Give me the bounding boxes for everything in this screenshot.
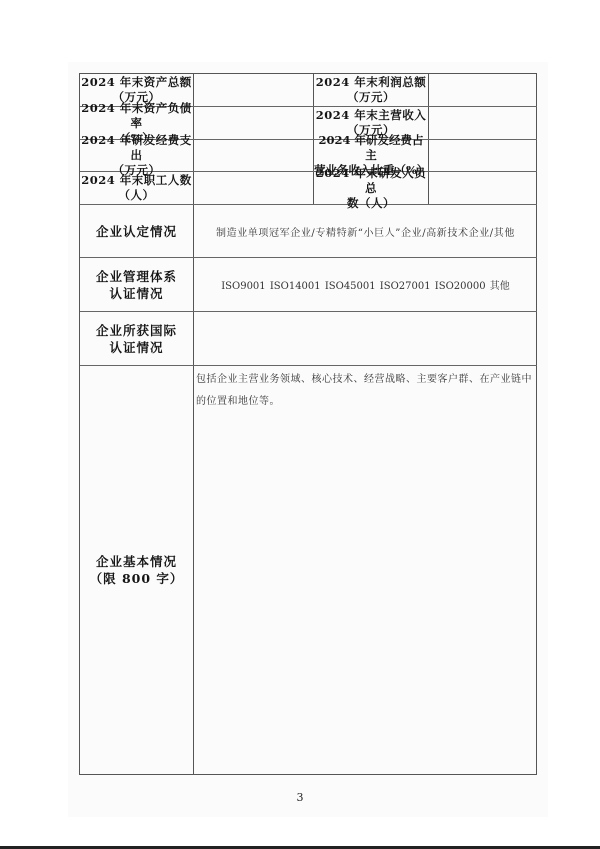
certification-options-text: 制造业单项冠军企业/专精特新“小巨人”企业/高新技术企业/其他 (216, 224, 515, 239)
rd-expense-field[interactable] (194, 140, 313, 171)
label-text: 企业管理体系 认证情况 (96, 268, 177, 302)
rd-staff-field[interactable] (429, 172, 536, 204)
enterprise-certification-options[interactable]: 制造业单项冠军企业/专精特新“小巨人”企业/高新技术企业/其他 (194, 205, 537, 257)
page-number: 3 (0, 791, 600, 804)
international-cert-field[interactable] (194, 312, 537, 365)
rd-ratio-field[interactable] (429, 140, 536, 171)
employees-field[interactable] (194, 172, 313, 204)
label-employees: 2024 年末职工人数 （人） (80, 172, 193, 204)
label-text: 企业基本情况 （限 800 字） (90, 553, 184, 587)
label-text: 2024 年末利润总额 （万元） (316, 75, 427, 105)
label-rd-staff: 2024 年末研发人员总 数（人） (314, 172, 428, 204)
label-text: 2024 年末职工人数 （人） (81, 173, 192, 203)
management-system-options[interactable]: ISO9001 ISO14001 ISO45001 ISO27001 ISO20… (194, 258, 537, 311)
label-basic-info: 企业基本情况 （限 800 字） (80, 366, 193, 774)
label-text: 2024 年末研发人员总 数（人） (314, 166, 428, 211)
basic-info-hint: 包括企业主营业务领域、核心技术、经营战略、主要客户群、在产业链中的位置和地位等。 (196, 369, 534, 413)
label-international-cert: 企业所获国际 认证情况 (80, 312, 193, 365)
iso-options-text: ISO9001 ISO14001 ISO45001 ISO27001 ISO20… (221, 277, 510, 292)
label-enterprise-certification: 企业认定情况 (80, 205, 193, 257)
label-text: 企业认定情况 (96, 223, 177, 240)
main-revenue-field[interactable] (429, 107, 536, 139)
enterprise-info-form-table: 2024 年末资产总额 （万元） 2024 年末利润总额 （万元） 2024 年… (79, 73, 537, 775)
label-total-profit: 2024 年末利润总额 （万元） (314, 74, 428, 106)
basic-info-textarea[interactable] (194, 366, 537, 774)
label-text: 企业所获国际 认证情况 (96, 322, 177, 356)
label-rd-expense: 2024 年研发经费支出 （万元） (80, 140, 193, 171)
total-assets-field[interactable] (194, 74, 313, 106)
total-profit-field[interactable] (429, 74, 536, 106)
debt-ratio-field[interactable] (194, 107, 313, 139)
label-management-system: 企业管理体系 认证情况 (80, 258, 193, 311)
